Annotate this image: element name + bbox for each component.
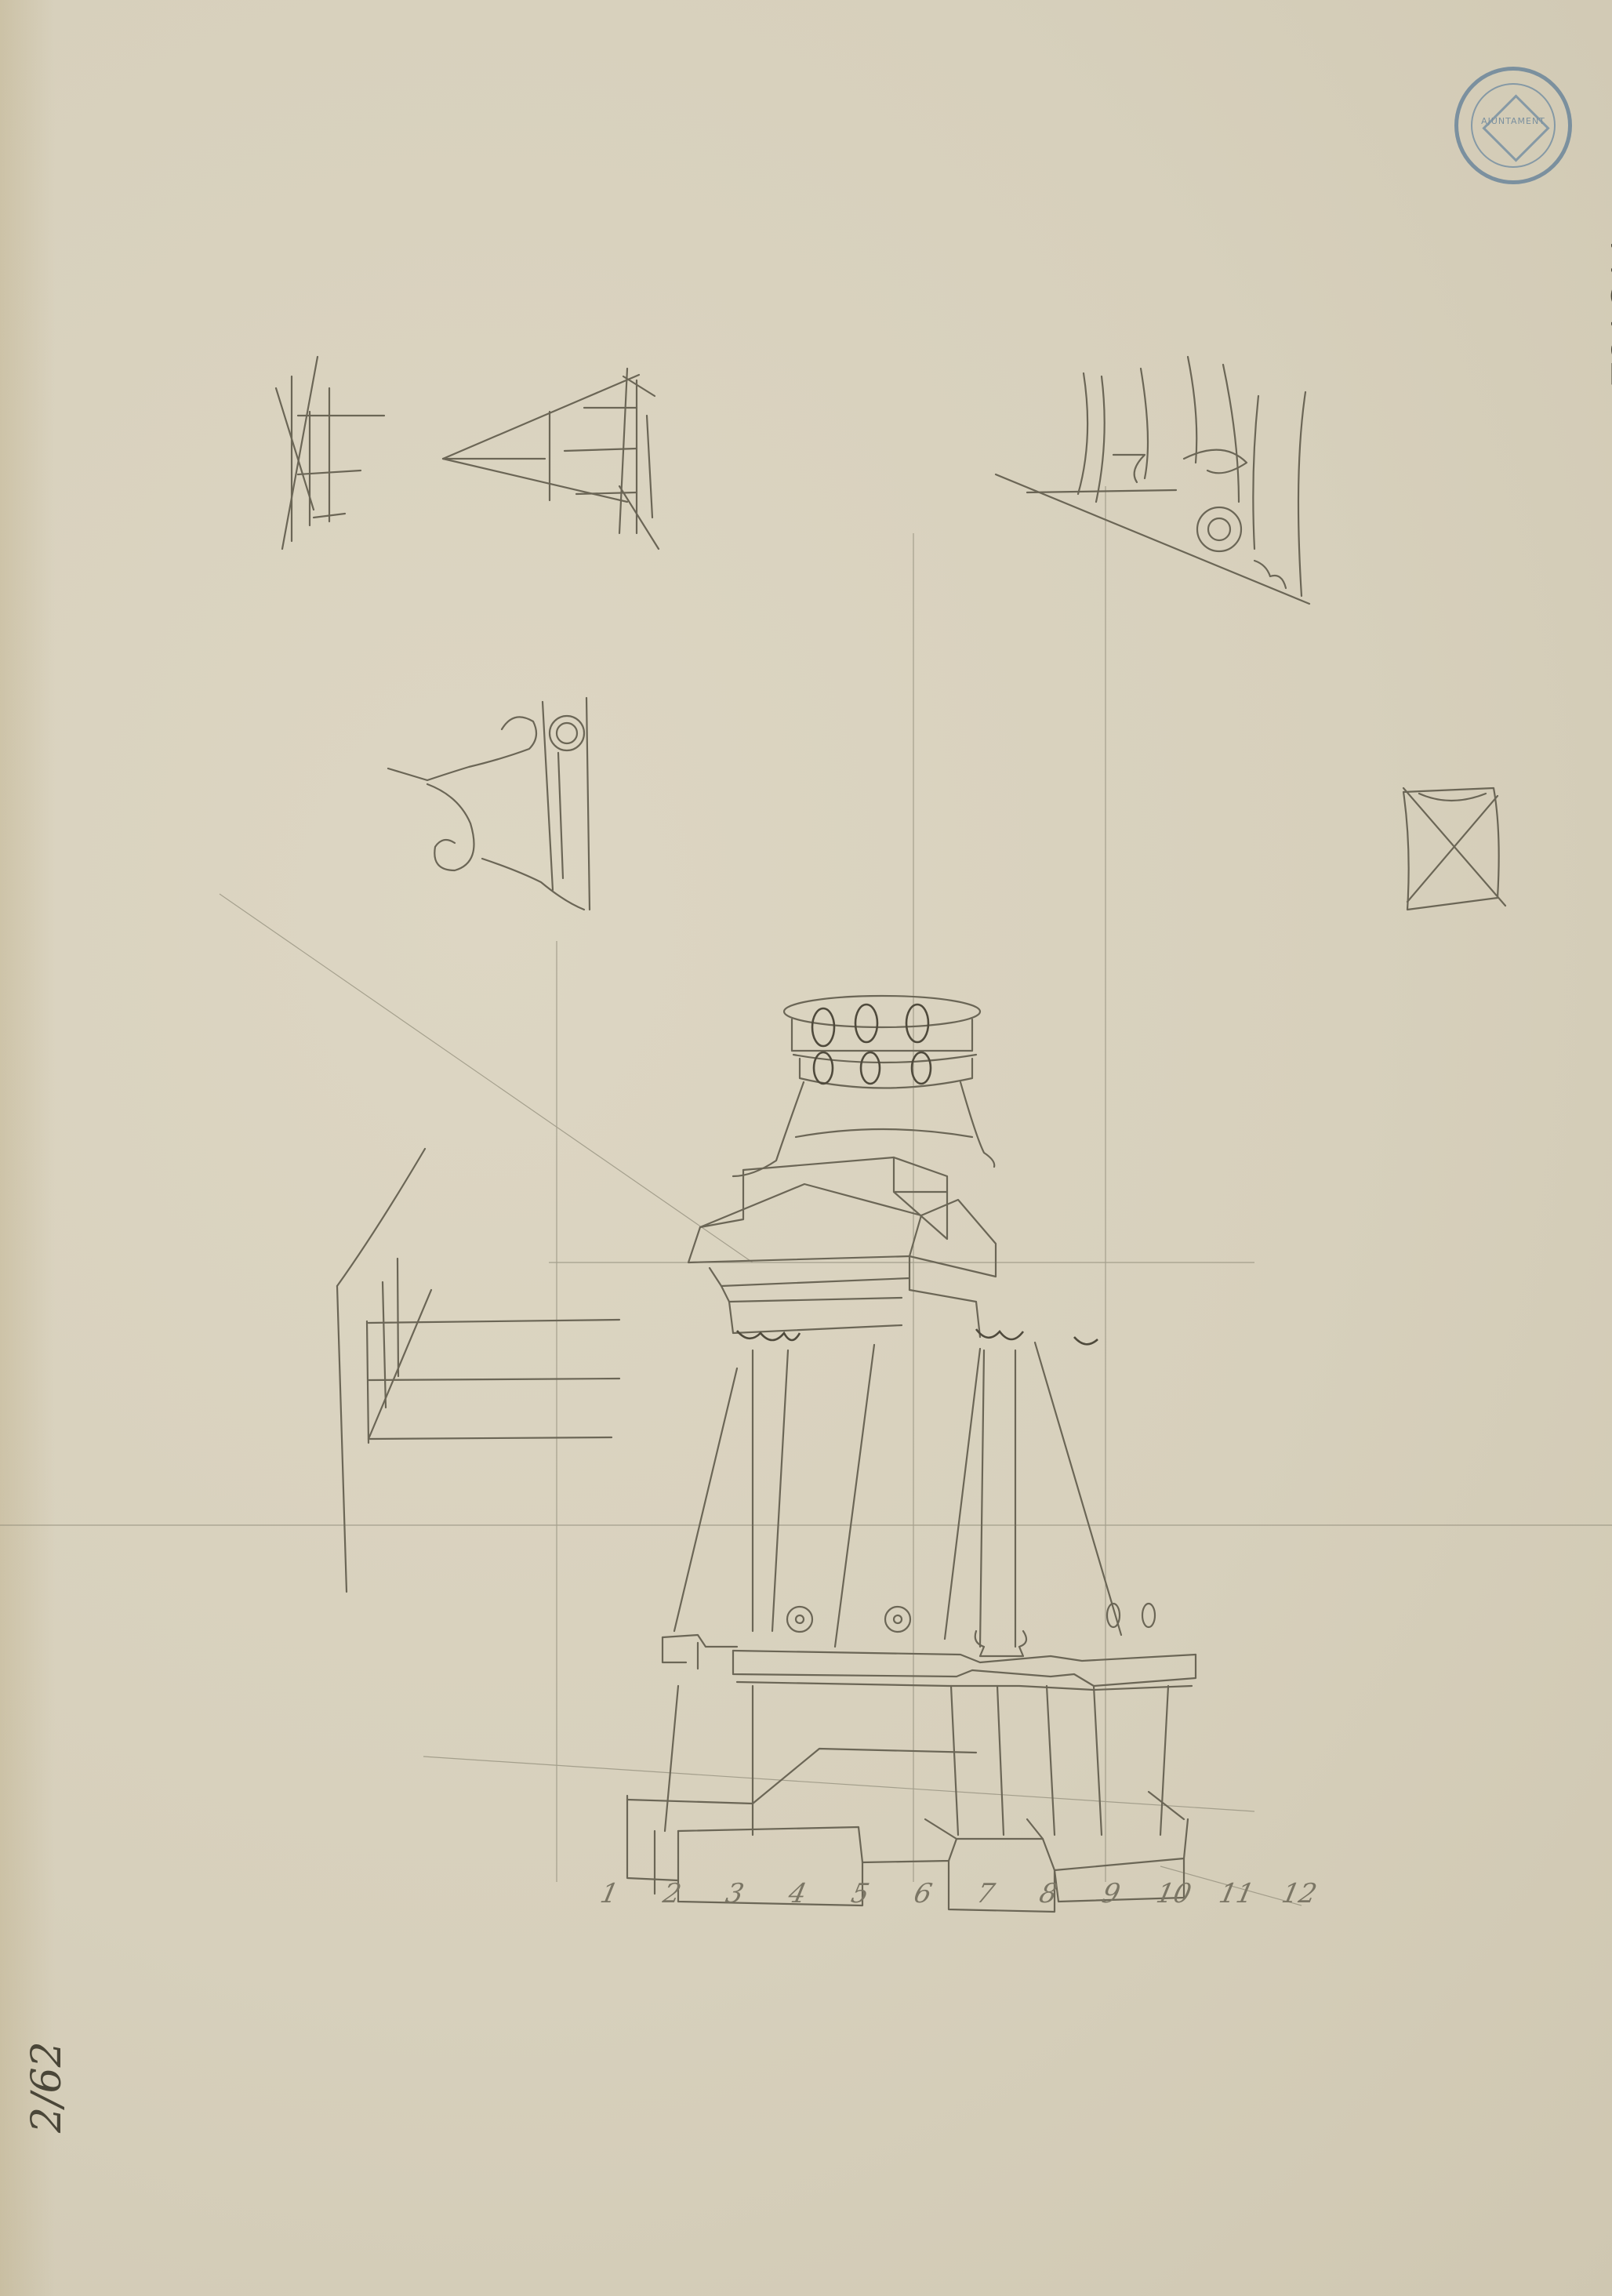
scale-number: 8 [1011, 1878, 1084, 1925]
catalog-mark: F21C11 [1604, 235, 1612, 389]
scale-number: 11 [1199, 1878, 1272, 1925]
construction-guides [0, 486, 1612, 1905]
stamp-legend: AJUNTAMENT [1458, 116, 1568, 126]
sketch-main-monument [627, 996, 1196, 1912]
sketch-perspective-left [276, 357, 384, 549]
pencil-drawing [0, 0, 1612, 2296]
sketch-perspective-center [443, 369, 659, 549]
scale-number: 5 [822, 1878, 895, 1925]
inventory-number: 2/62 [24, 2041, 71, 2133]
sketch-volute-console [996, 357, 1309, 604]
archive-stamp: AJUNTAMENT [1454, 67, 1572, 184]
sketch-scroll-bracket [388, 698, 590, 910]
scale-number: 7 [948, 1878, 1021, 1925]
scale-number: 12 [1262, 1878, 1334, 1925]
scale-number: 9 [1073, 1878, 1146, 1925]
scale-number: 6 [885, 1878, 958, 1925]
scale-number: 4 [760, 1878, 833, 1925]
scale-number: 10 [1136, 1878, 1209, 1925]
scale-number: 3 [697, 1878, 770, 1925]
scale-numbers: 1 2 3 4 5 6 7 8 9 10 11 12 [576, 1878, 1329, 1925]
scale-number: 1 [572, 1878, 644, 1925]
scale-number: 2 [634, 1878, 707, 1925]
sketch-square-plan [1403, 788, 1505, 910]
